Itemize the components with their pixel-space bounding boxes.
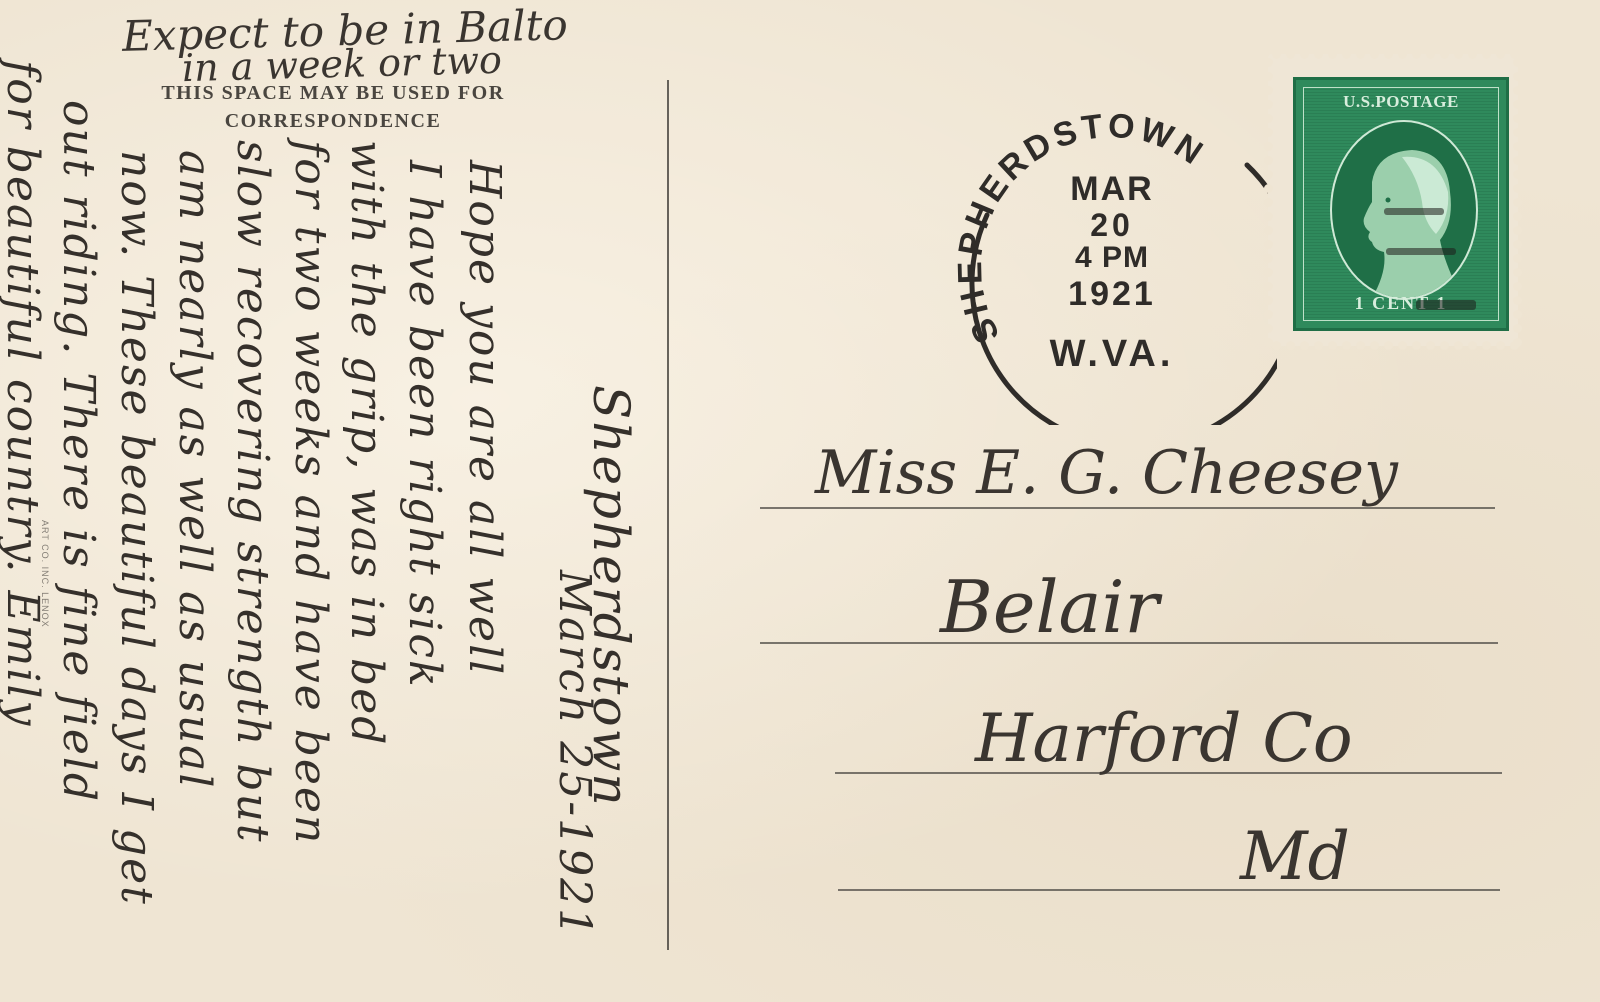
perforation — [1513, 100, 1522, 109]
perforation — [1264, 170, 1273, 179]
perforation — [1496, 50, 1505, 59]
perforation — [1264, 338, 1273, 347]
perforation — [1513, 142, 1522, 151]
stamp-cancel-mark — [1386, 248, 1456, 255]
perforation — [1300, 50, 1309, 59]
address-state: Md — [1240, 818, 1350, 895]
perforation — [1264, 198, 1273, 207]
perforation — [1513, 310, 1522, 319]
message-line: am nearly as well as usual — [169, 150, 220, 790]
perforation — [1513, 324, 1522, 333]
perforation — [1440, 341, 1449, 350]
perforation — [1513, 86, 1522, 95]
perforation — [1264, 156, 1273, 165]
perforation — [1264, 58, 1273, 67]
perforation — [1482, 341, 1491, 350]
perforation — [1356, 50, 1365, 59]
perforation — [1264, 128, 1273, 137]
message-line: Hope you are all well — [459, 160, 510, 676]
publisher-imprint: ART CO. INC. LENOX — [40, 520, 50, 628]
message-line: now. These beautiful days I get — [111, 150, 162, 906]
perforation — [1264, 114, 1273, 123]
perforation — [1286, 341, 1295, 350]
perforation — [1328, 50, 1337, 59]
center-divider — [667, 80, 669, 950]
perforation — [1300, 341, 1309, 350]
perforation — [1513, 198, 1522, 207]
perforation — [1264, 282, 1273, 291]
perforation — [1264, 310, 1273, 319]
message-line: for two weeks and have been — [285, 140, 336, 845]
postmark-day: 20 — [1042, 207, 1182, 244]
postcard: Expect to be in Balto in a week or two T… — [0, 0, 1600, 1002]
perforation — [1314, 341, 1323, 350]
perforation — [1264, 268, 1273, 277]
perforation — [1412, 50, 1421, 59]
perforation — [1264, 72, 1273, 81]
perforation — [1513, 156, 1522, 165]
perforation — [1513, 240, 1522, 249]
postmark-state: W.VA. — [1042, 333, 1182, 376]
perforation — [1454, 50, 1463, 59]
perforation — [1468, 341, 1477, 350]
perforation — [1342, 341, 1351, 350]
perforation — [1328, 341, 1337, 350]
perforation — [1468, 50, 1477, 59]
message-line: with the grip, was in bed — [341, 140, 392, 746]
perforation — [1412, 341, 1421, 350]
perforation — [1513, 254, 1522, 263]
perforation — [1398, 50, 1407, 59]
stamp-top-text: U.S.POSTAGE — [1304, 92, 1498, 112]
perforation — [1384, 341, 1393, 350]
perforation — [1513, 128, 1522, 137]
perforation — [1513, 338, 1522, 347]
perforation — [1264, 296, 1273, 305]
perforation — [1513, 170, 1522, 179]
perforation — [1513, 184, 1522, 193]
address-county: Harford Co — [975, 700, 1353, 777]
message-line: out riding. There is fine field — [53, 100, 104, 803]
perforation — [1426, 341, 1435, 350]
postage-stamp: U.S.POSTAGE 1 CENT 1 — [1293, 77, 1509, 331]
perforation — [1264, 254, 1273, 263]
stamp-cancel-mark — [1384, 208, 1444, 215]
perforation — [1454, 341, 1463, 350]
perforation — [1513, 282, 1522, 291]
perforation — [1513, 72, 1522, 81]
perforation — [1264, 212, 1273, 221]
perforation — [1264, 324, 1273, 333]
postmark-time: 4 PM — [1042, 241, 1182, 275]
perforation — [1264, 86, 1273, 95]
perforation — [1513, 296, 1522, 305]
perforation — [1264, 226, 1273, 235]
printed-header-line2: CORRESPONDENCE — [113, 110, 553, 133]
perforation — [1342, 50, 1351, 59]
perforation — [1264, 100, 1273, 109]
perforation — [1482, 50, 1491, 59]
perforation — [1264, 142, 1273, 151]
perforation — [1272, 50, 1281, 59]
perforation — [1314, 50, 1323, 59]
perforation — [1513, 212, 1522, 221]
address-name: Miss E. G. Cheesey — [815, 438, 1398, 508]
perforation — [1286, 50, 1295, 59]
perforation — [1370, 50, 1379, 59]
perforation — [1426, 50, 1435, 59]
stamp-cancel-mark — [1416, 300, 1476, 310]
perforation — [1272, 341, 1281, 350]
message-line: I have been right sick — [399, 160, 450, 689]
perforation — [1398, 341, 1407, 350]
perforation — [1513, 58, 1522, 67]
perforation — [1264, 240, 1273, 249]
message-line: slow recovering strength but — [227, 140, 278, 844]
perforation — [1513, 268, 1522, 277]
perforation — [1384, 50, 1393, 59]
perforation — [1370, 341, 1379, 350]
postmark: SHEPHERDSTOWN MAR 20 4 PM 1921 W.VA. — [947, 95, 1277, 425]
perforation — [1440, 50, 1449, 59]
address-line-4 — [838, 889, 1500, 891]
address-city: Belair — [940, 565, 1159, 649]
perforation — [1496, 341, 1505, 350]
perforation — [1513, 114, 1522, 123]
message-date: March 25-1921 — [549, 570, 600, 938]
perforation — [1264, 184, 1273, 193]
printed-header-line1: THIS SPACE MAY BE USED FOR — [113, 82, 553, 105]
perforation — [1356, 341, 1365, 350]
postmark-month: MAR — [1042, 170, 1182, 209]
postmark-year: 1921 — [1042, 275, 1182, 314]
perforation — [1513, 226, 1522, 235]
